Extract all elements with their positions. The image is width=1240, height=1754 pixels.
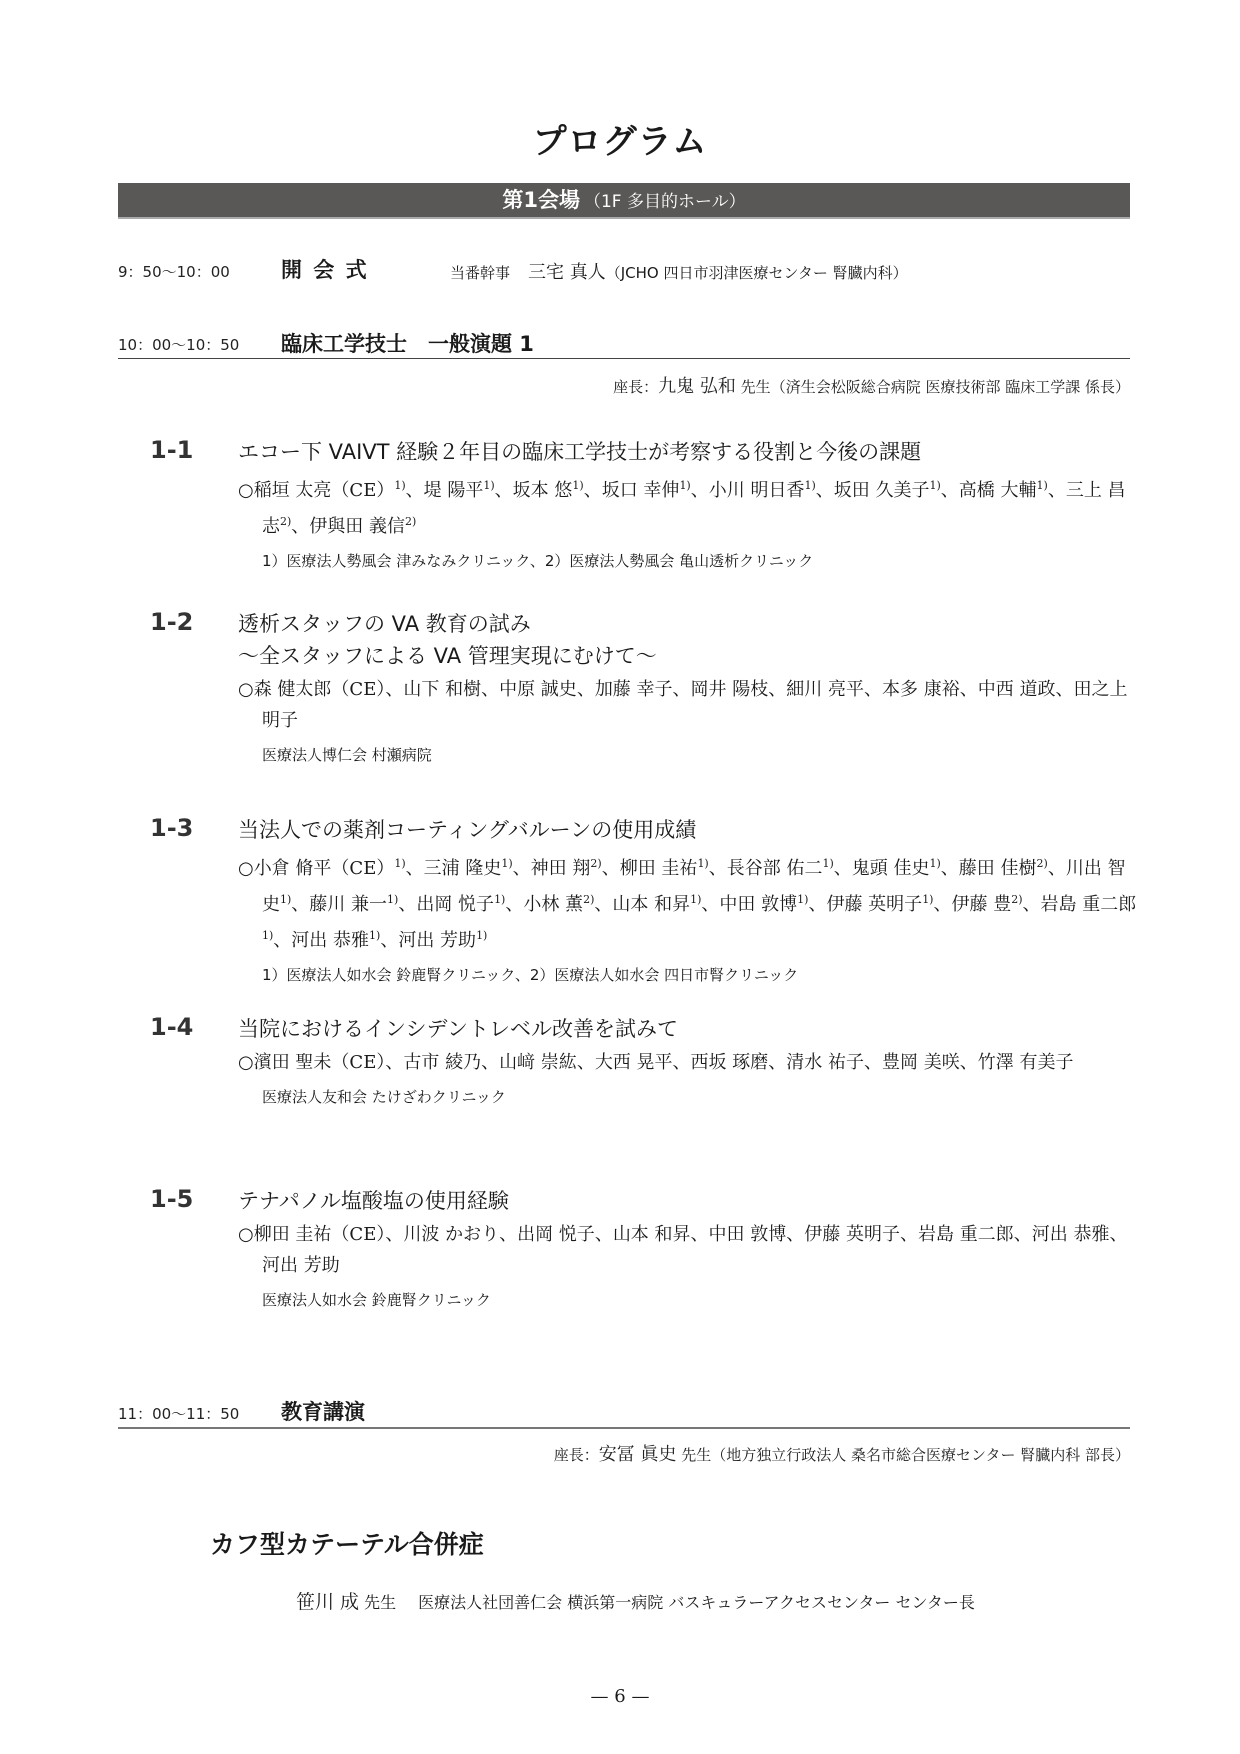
chair-name: 九鬼 弘和 (658, 376, 736, 397)
session1-time: 10：00～10：50 (118, 334, 239, 355)
affiliation-mark: 2) (583, 893, 594, 906)
presentation-1-5: 1-5テナパノル塩酸塩の使用経験○柳田 圭祐（CE）、川波 かおり、出岡 悦子、… (150, 1185, 1140, 1313)
presentation-affiliation: 医療法人如水会 鈴鹿腎クリニック (238, 1287, 1140, 1313)
affiliation-mark: 1) (394, 479, 405, 492)
affiliation-mark: 1) (394, 857, 405, 870)
session2-title: 教育講演 (281, 1396, 365, 1426)
author-name: ○小倉 脩平（CE） (238, 858, 394, 879)
author-name: 河出 芳助 (262, 1255, 340, 1276)
presentation-number: 1-3 (150, 814, 193, 842)
author-name: 中西 道政 (978, 679, 1056, 700)
author-name: 山本 和昇 (613, 1224, 691, 1245)
affiliation-mark: 2) (1011, 893, 1022, 906)
presentation-body: エコー下 VAIVT 経験２年目の臨床工学技士が考察する役割と今後の課題○稲垣 … (238, 436, 1140, 574)
chair-label: 座長： (554, 1446, 599, 1464)
author-name: ○柳田 圭祐（CE） (238, 1224, 385, 1245)
presentation-affiliation: 医療法人博仁会 村瀬病院 (238, 742, 1140, 768)
session2-time: 11：00～11：50 (118, 1403, 239, 1424)
author-name: 藤田 佳樹 (959, 858, 1037, 879)
chair-honor: 先生 (681, 1446, 711, 1464)
lecturer-affiliation: 医療法人社団善仁会 横浜第一病院 バスキュラーアクセスセンター センター長 (418, 1593, 975, 1612)
presentation-number: 1-4 (150, 1013, 193, 1041)
chair-label: 座長： (613, 378, 658, 396)
presentation-1-2: 1-2透析スタッフの VA 教育の試み～全スタッフによる VA 管理実現にむけて… (150, 608, 1140, 768)
chair-name: 安冨 眞史 (599, 1444, 677, 1465)
author-name: 古市 綾乃 (403, 1052, 481, 1073)
author-name: 坂田 久美子 (834, 480, 930, 501)
author-name: 中田 敦博 (709, 1224, 787, 1245)
opening-time: 9：50～10：00 (118, 261, 230, 282)
presentation-title: 当院におけるインシデントレベル改善を試みて (238, 1013, 1140, 1045)
author-name: 中田 敦博 (719, 894, 797, 915)
author-name: 河出 恭雅 (291, 930, 369, 951)
lecturer: 笹川 成 先生医療法人社団善仁会 横浜第一病院 バスキュラーアクセスセンター セ… (296, 1587, 975, 1614)
author-name: 大西 晃平 (595, 1052, 673, 1073)
presentation-title: ～全スタッフによる VA 管理実現にむけて～ (238, 640, 1140, 672)
affiliation-mark: 1) (930, 479, 941, 492)
affiliation-mark: 1) (930, 857, 941, 870)
session2-divider (118, 1427, 1130, 1429)
affiliation-mark: 1) (804, 479, 815, 492)
presentation-title: エコー下 VAIVT 経験２年目の臨床工学技士が考察する役割と今後の課題 (238, 436, 1140, 468)
author-name: 高橋 大輔 (959, 480, 1037, 501)
presentation-number: 1-1 (150, 436, 193, 464)
author-name: 中原 誠史 (499, 679, 577, 700)
presentation-number: 1-2 (150, 608, 193, 636)
affiliation-mark: 2) (1037, 857, 1048, 870)
affiliation-mark: 1) (476, 929, 487, 942)
author-name: 豊岡 美咲 (882, 1052, 960, 1073)
author-name: 小川 明日香 (709, 480, 805, 501)
author-name: 岡井 陽枝 (691, 679, 769, 700)
author-name: ○稲垣 太亮（CE） (238, 480, 394, 501)
affiliation-mark: 1) (1037, 479, 1048, 492)
author-list: ○柳田 圭祐（CE）、川波 かおり、出岡 悦子、山本 和昇、中田 敦博、伊藤 英… (238, 1219, 1140, 1281)
author-name: 出岡 悦子 (416, 894, 494, 915)
affiliation-mark: 1) (280, 893, 291, 906)
page-number: — 6 — (0, 1686, 1240, 1707)
presentation-body: 当院におけるインシデントレベル改善を試みて○濱田 聖未（CE）、古市 綾乃、山﨑… (238, 1013, 1140, 1110)
author-list: ○稲垣 太亮（CE）1)、堤 陽平1)、坂本 悠1)、坂口 幸伸1)、小川 明日… (238, 470, 1140, 542)
opening-person: 三宅 真人 (528, 262, 606, 283)
author-name: 河出 恭雅 (1032, 1224, 1110, 1245)
author-name: 本多 康裕 (882, 679, 960, 700)
opening-role: 当番幹事 (450, 264, 510, 282)
presentation-number: 1-5 (150, 1185, 193, 1213)
author-name: 加藤 幸子 (595, 679, 673, 700)
author-name: 小林 薫 (523, 894, 583, 915)
author-name: 竹澤 有美子 (978, 1052, 1074, 1073)
author-name: 河出 芳助 (398, 930, 476, 951)
author-name: 坂口 幸伸 (602, 480, 680, 501)
author-name: 川波 かおり (403, 1224, 499, 1245)
chair-affiliation: （地方独立行政法人 桑名市総合医療センター 腎臓内科 部長） (711, 1446, 1130, 1464)
lecturer-honor: 先生 (364, 1593, 396, 1612)
author-list: ○小倉 脩平（CE）1)、三浦 隆史1)、神田 翔2)、柳田 圭祐1)、長谷部 … (238, 848, 1140, 956)
author-name: 柳田 圭祐 (620, 858, 698, 879)
affiliation-mark: 1) (483, 479, 494, 492)
affiliation-mark: 1) (501, 857, 512, 870)
venue-detail: （1F 多目的ホール） (584, 192, 746, 212)
session1-divider (118, 358, 1130, 359)
author-name: 長谷部 佑二 (727, 858, 823, 879)
author-name: 山本 和昇 (612, 894, 690, 915)
presentation-1-4: 1-4当院におけるインシデントレベル改善を試みて○濱田 聖未（CE）、古市 綾乃… (150, 1013, 1140, 1110)
affiliation-mark: 1) (922, 893, 933, 906)
author-name: 伊藤 豊 (951, 894, 1011, 915)
author-name: 神田 翔 (531, 858, 591, 879)
lecture-title: カフ型カテーテル合併症 (210, 1525, 484, 1561)
opening-affiliation: （JCHO 四日市羽津医療センター 腎臓内科） (606, 264, 908, 282)
presentation-affiliation: 1）医療法人如水会 鈴鹿腎クリニック、2）医療法人如水会 四日市腎クリニック (238, 962, 1140, 988)
session1-chair: 座長：九鬼 弘和 先生（済生会松阪総合病院 医療技術部 臨床工学課 係長） (613, 372, 1130, 398)
author-list: ○濱田 聖未（CE）、古市 綾乃、山﨑 崇紘、大西 晃平、西坂 琢磨、清水 祐子… (238, 1047, 1140, 1078)
session1-title: 臨床工学技士 一般演題 1 (281, 328, 534, 358)
presentation-1-3: 1-3当法人での薬剤コーティングバルーンの使用成績○小倉 脩平（CE）1)、三浦… (150, 814, 1140, 988)
affiliation-mark: 1) (369, 929, 380, 942)
presentation-body: テナパノル塩酸塩の使用経験○柳田 圭祐（CE）、川波 かおり、出岡 悦子、山本 … (238, 1185, 1140, 1313)
page-title: プログラム (0, 114, 1240, 163)
affiliation-mark: 1) (822, 857, 833, 870)
presentation-title: 透析スタッフの VA 教育の試み (238, 608, 1140, 640)
affiliation-mark: 2) (280, 515, 291, 528)
opening-staff: 当番幹事三宅 真人（JCHO 四日市羽津医療センター 腎臓内科） (450, 258, 908, 284)
author-name: 伊與田 義信 (309, 516, 405, 537)
affiliation-mark: 1) (262, 929, 273, 942)
presentation-title: テナパノル塩酸塩の使用経験 (238, 1185, 1140, 1217)
opening-title: 開 会 式 (281, 254, 369, 284)
chair-affiliation: （済生会松阪総合病院 医療技術部 臨床工学課 係長） (771, 378, 1130, 396)
author-name: 堤 陽平 (424, 480, 484, 501)
affiliation-mark: 1) (690, 893, 701, 906)
author-name: 岩島 重二郎 (918, 1224, 1014, 1245)
author-name: 西坂 琢磨 (691, 1052, 769, 1073)
venue-header-bar: 第1会場（1F 多目的ホール） (118, 183, 1130, 219)
presentation-body: 透析スタッフの VA 教育の試み～全スタッフによる VA 管理実現にむけて～○森… (238, 608, 1140, 768)
presentation-affiliation: 医療法人友和会 たけざわクリニック (238, 1084, 1140, 1110)
affiliation-mark: 1) (679, 479, 690, 492)
author-name: 山下 和樹 (403, 679, 481, 700)
author-name: 出岡 悦子 (517, 1224, 595, 1245)
author-name: ○濱田 聖未（CE） (238, 1052, 385, 1073)
session2-chair: 座長：安冨 眞史 先生（地方独立行政法人 桑名市総合医療センター 腎臓内科 部長… (554, 1440, 1130, 1466)
author-name: 岩島 重二郎 (1041, 894, 1137, 915)
author-name: 伊藤 英明子 (804, 1224, 900, 1245)
author-name: 鬼頭 佳史 (852, 858, 930, 879)
chair-honor: 先生 (741, 378, 771, 396)
venue-name: 第1会場 (502, 188, 580, 212)
affiliation-mark: 1) (572, 479, 583, 492)
affiliation-mark: 1) (697, 857, 708, 870)
affiliation-mark: 2) (405, 515, 416, 528)
affiliation-mark: 1) (797, 893, 808, 906)
affiliation-mark: 2) (590, 857, 601, 870)
author-name: 坂本 悠 (513, 480, 573, 501)
author-name: 藤川 兼一 (309, 894, 387, 915)
presentation-1-1: 1-1エコー下 VAIVT 経験２年目の臨床工学技士が考察する役割と今後の課題○… (150, 436, 1140, 574)
lecturer-name: 笹川 成 (296, 1591, 359, 1613)
author-name: 伊藤 英明子 (826, 894, 922, 915)
affiliation-mark: 1) (494, 893, 505, 906)
author-name: 清水 祐子 (786, 1052, 864, 1073)
presentation-title: 当法人での薬剤コーティングバルーンの使用成績 (238, 814, 1140, 846)
author-name: 三浦 隆史 (424, 858, 502, 879)
author-name: ○森 健太郎（CE） (238, 679, 385, 700)
author-name: 山﨑 崇紘 (499, 1052, 577, 1073)
author-name: 細川 亮平 (786, 679, 864, 700)
affiliation-mark: 1) (387, 893, 398, 906)
presentation-body: 当法人での薬剤コーティングバルーンの使用成績○小倉 脩平（CE）1)、三浦 隆史… (238, 814, 1140, 988)
author-list: ○森 健太郎（CE）、山下 和樹、中原 誠史、加藤 幸子、岡井 陽枝、細川 亮平… (238, 674, 1140, 736)
presentation-affiliation: 1）医療法人勢風会 津みなみクリニック、2）医療法人勢風会 亀山透析クリニック (238, 548, 1140, 574)
